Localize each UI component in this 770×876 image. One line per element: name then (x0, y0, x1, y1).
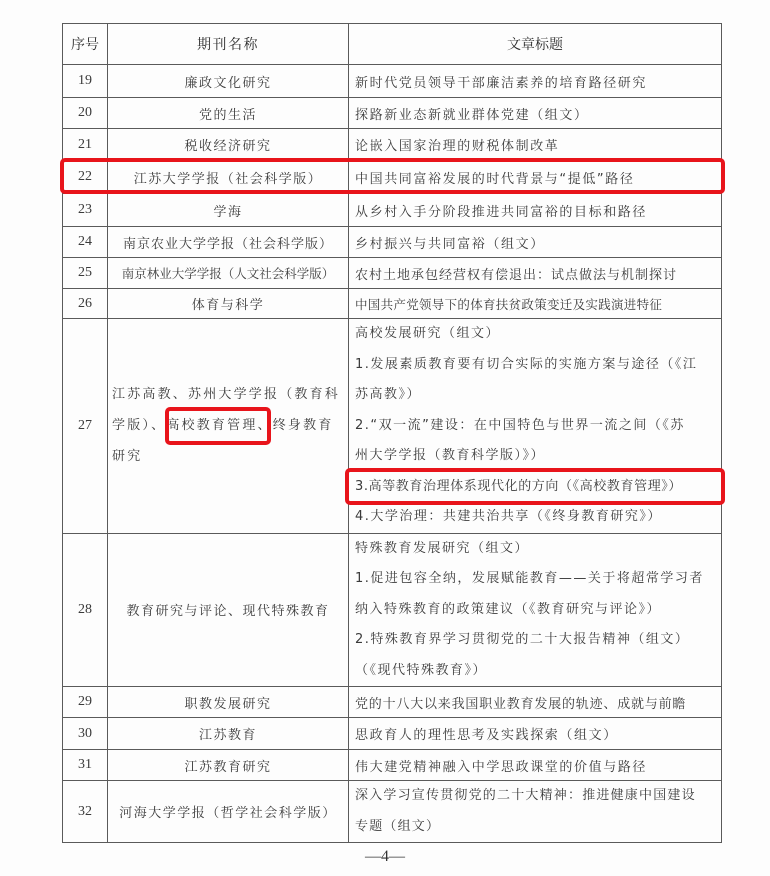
row-journal: 教育研究与评论、现代特殊教育 (108, 533, 349, 687)
row-journal: 廉政文化研究 (108, 65, 349, 98)
title-line: 纳入特殊教育的政策建议（《教育研究与评论》） (355, 595, 721, 626)
table-row: 32 河海大学学报（哲学社会科学版） 深入学习宣传贯彻党的二十大精神：推进健康中… (63, 781, 722, 843)
row-no: 29 (63, 687, 108, 718)
title-line: 4.大学治理：共建共治共享（《终身教育研究》） (355, 502, 721, 533)
page-number: —4— (0, 848, 770, 866)
table-row: 23 学海 从乡村入手分阶段推进共同富裕的目标和路径 (63, 194, 722, 227)
table-row: 30 江苏教育 思政育人的理性思考及实践探索（组文） (63, 718, 722, 750)
row-journal: 南京农业大学学报（社会科学版） (108, 227, 349, 258)
row-title: 特殊教育发展研究（组文） 1.促进包容全纳，发展赋能教育——关于将超常学习者 纳… (349, 533, 722, 687)
row-title: 探路新业态新就业群体党建（组文） (349, 98, 722, 129)
title-line: 州大学学报（教育科学版）》） (355, 441, 721, 472)
row-journal: 河海大学学报（哲学社会科学版） (108, 781, 349, 843)
title-line: 苏高教》） (355, 380, 721, 411)
title-line: （《现代特殊教育》） (355, 656, 721, 687)
title-line: 2.“双一流”建设：在中国特色与世界一流之间（《苏 (355, 411, 721, 442)
title-line: 高校发展研究（组文） (355, 319, 721, 350)
row-no: 26 (63, 289, 108, 319)
row-journal: 党的生活 (108, 98, 349, 129)
row-title: 中国共同富裕发展的时代背景与“提低”路径 (349, 161, 722, 194)
table-row-highlighted: 22 江苏大学学报（社会科学版） 中国共同富裕发展的时代背景与“提低”路径 (63, 161, 722, 194)
title-line: 1.促进包容全纳，发展赋能教育——关于将超常学习者 (355, 564, 721, 595)
table-row: 20 党的生活 探路新业态新就业群体党建（组文） (63, 98, 722, 129)
journal-highlighted-name: 高校教育管理 (166, 418, 257, 433)
row-no: 25 (63, 258, 108, 289)
row-title: 中国共产党领导下的体育扶贫政策变迁及实践演进特征 (349, 289, 722, 319)
row-title: 论嵌入国家治理的财税体制改革 (349, 129, 722, 161)
row-journal: 职教发展研究 (108, 687, 349, 718)
header-article-title: 文章标题 (349, 24, 722, 65)
row-no: 22 (63, 161, 108, 194)
table-row: 21 税收经济研究 论嵌入国家治理的财税体制改革 (63, 129, 722, 161)
row-title: 伟大建党精神融入中学思政课堂的价值与路径 (349, 750, 722, 781)
table-row: 28 教育研究与评论、现代特殊教育 特殊教育发展研究（组文） 1.促进包容全纳，… (63, 533, 722, 687)
table-header-row: 序号 期刊名称 文章标题 (63, 24, 722, 65)
row-no: 20 (63, 98, 108, 129)
journal-articles-table: 序号 期刊名称 文章标题 19 廉政文化研究 新时代党员领导干部廉洁素养的培育路… (62, 23, 722, 843)
row-title: 党的十八大以来我国职业教育发展的轨迹、成就与前瞻 (349, 687, 722, 718)
row-no: 28 (63, 533, 108, 687)
title-line: 特殊教育发展研究（组文） (355, 534, 721, 565)
table-row: 25 南京林业大学学报（人文社会科学版） 农村土地承包经营权有偿退出：试点做法与… (63, 258, 722, 289)
table-row: 26 体育与科学 中国共产党领导下的体育扶贫政策变迁及实践演进特征 (63, 289, 722, 319)
table-row: 27 江苏高教、苏州大学学报（教育科 学版）、高校教育管理、终身教育 研究 高校… (63, 319, 722, 534)
row-no: 23 (63, 194, 108, 227)
row-journal: 学海 (108, 194, 349, 227)
row-no: 31 (63, 750, 108, 781)
row-title: 乡村振兴与共同富裕（组文） (349, 227, 722, 258)
journal-line: 学版）、 (112, 418, 166, 433)
row-journal: 南京林业大学学报（人文社会科学版） (108, 258, 349, 289)
row-title: 深入学习宣传贯彻党的二十大精神：推进健康中国建设 专题（组文） (349, 781, 722, 843)
table-row: 29 职教发展研究 党的十八大以来我国职业教育发展的轨迹、成就与前瞻 (63, 687, 722, 718)
row-no: 21 (63, 129, 108, 161)
journal-line: 研究 (112, 449, 142, 464)
row-journal: 江苏教育研究 (108, 750, 349, 781)
row-journal: 体育与科学 (108, 289, 349, 319)
table-row: 31 江苏教育研究 伟大建党精神融入中学思政课堂的价值与路径 (63, 750, 722, 781)
table-row: 24 南京农业大学学报（社会科学版） 乡村振兴与共同富裕（组文） (63, 227, 722, 258)
row-title: 农村土地承包经营权有偿退出：试点做法与机制探讨 (349, 258, 722, 289)
title-line: 2.特殊教育界学习贯彻党的二十大报告精神（组文） (355, 625, 721, 656)
journal-line: 江苏高教、苏州大学学报（教育科 (112, 387, 340, 402)
row-title: 高校发展研究（组文） 1.发展素质教育要有切合实际的实施方案与途径（《江 苏高教… (349, 319, 722, 534)
table-row: 19 廉政文化研究 新时代党员领导干部廉洁素养的培育路径研究 (63, 65, 722, 98)
title-line-highlighted: 3.高等教育治理体系现代化的方向（《高校教育管理》） (355, 472, 721, 503)
row-no: 30 (63, 718, 108, 750)
row-journal: 税收经济研究 (108, 129, 349, 161)
title-line: 专题（组文） (355, 812, 721, 843)
row-title: 思政育人的理性思考及实践探索（组文） (349, 718, 722, 750)
title-line: 深入学习宣传贯彻党的二十大精神：推进健康中国建设 (355, 781, 721, 812)
row-journal: 江苏教育 (108, 718, 349, 750)
row-no: 32 (63, 781, 108, 843)
header-journal-name: 期刊名称 (108, 24, 349, 65)
row-no: 19 (63, 65, 108, 98)
row-journal: 江苏大学学报（社会科学版） (108, 161, 349, 194)
journal-line: 、终身教育 (258, 418, 334, 433)
row-no: 24 (63, 227, 108, 258)
row-no: 27 (63, 319, 108, 534)
row-title: 从乡村入手分阶段推进共同富裕的目标和路径 (349, 194, 722, 227)
row-journal: 江苏高教、苏州大学学报（教育科 学版）、高校教育管理、终身教育 研究 (108, 319, 349, 534)
row-title: 新时代党员领导干部廉洁素养的培育路径研究 (349, 65, 722, 98)
title-line: 1.发展素质教育要有切合实际的实施方案与途径（《江 (355, 350, 721, 381)
header-serial-no: 序号 (63, 24, 108, 65)
